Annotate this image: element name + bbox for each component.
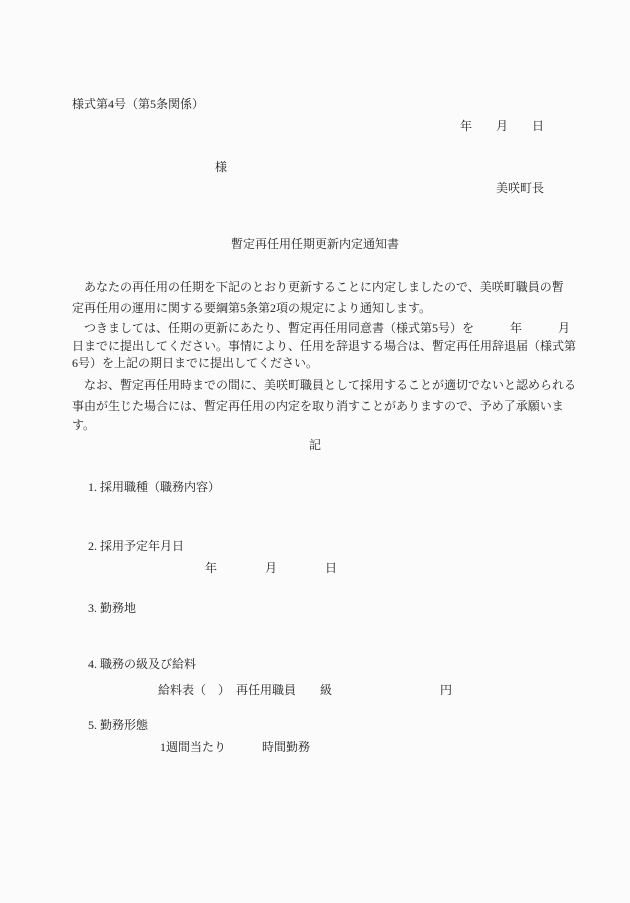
paragraph-2-line-3: 6号）を上記の期日までに提出してください。 bbox=[72, 353, 564, 373]
paragraph-2-line-1: つきましては、任期の更新にあたり、暫定再任用同意書（様式第5号）を 年 月 bbox=[72, 318, 564, 338]
record-marker: 記 bbox=[0, 435, 630, 455]
sender-title: 美咲町長 bbox=[496, 178, 544, 198]
document-page: 様式第4号（第5条関係） 年 月 日 様 美咲町長 暫定再任用任期更新内定通知書… bbox=[0, 0, 630, 903]
form-number: 様式第4号（第5条関係） bbox=[72, 94, 204, 114]
item-5-label: 5. 勤務形態 bbox=[88, 715, 148, 735]
item-2-label: 2. 採用予定年月日 bbox=[88, 536, 184, 556]
item-3-label: 3. 勤務地 bbox=[88, 598, 136, 618]
item-1-label: 1. 採用職種（職務内容） bbox=[88, 477, 220, 497]
paragraph-3-line-1: なお、暫定再任用時までの間に、美咲町職員として採用することが適切でないと認められ… bbox=[72, 375, 564, 395]
paragraph-1-line-1: あなたの再任用の任期を下記のとおり更新することに内定しましたので、美咲町職員の暫 bbox=[72, 277, 564, 297]
paragraph-1-line-2: 定再任用の運用に関する要綱第5条第2項の規定により通知します。 bbox=[72, 298, 564, 318]
paragraph-3-line-2: 事由が生じた場合には、暫定再任用の内定を取り消すことがありますので、予め了承願い… bbox=[72, 396, 564, 416]
item-4-detail: 給料表（ ） 再任用職員 級 円 bbox=[158, 680, 452, 700]
item-4-label: 4. 職務の級及び給料 bbox=[88, 654, 196, 674]
document-title: 暫定再任用任期更新内定通知書 bbox=[0, 234, 630, 254]
addressee-honorific: 様 bbox=[215, 157, 227, 177]
date-line: 年 月 日 bbox=[460, 116, 544, 136]
item-2-detail: 年 月 日 bbox=[205, 558, 337, 578]
item-5-detail: 1週間当たり 時間勤務 bbox=[160, 737, 310, 757]
paragraph-3-line-3: す。 bbox=[72, 415, 564, 435]
